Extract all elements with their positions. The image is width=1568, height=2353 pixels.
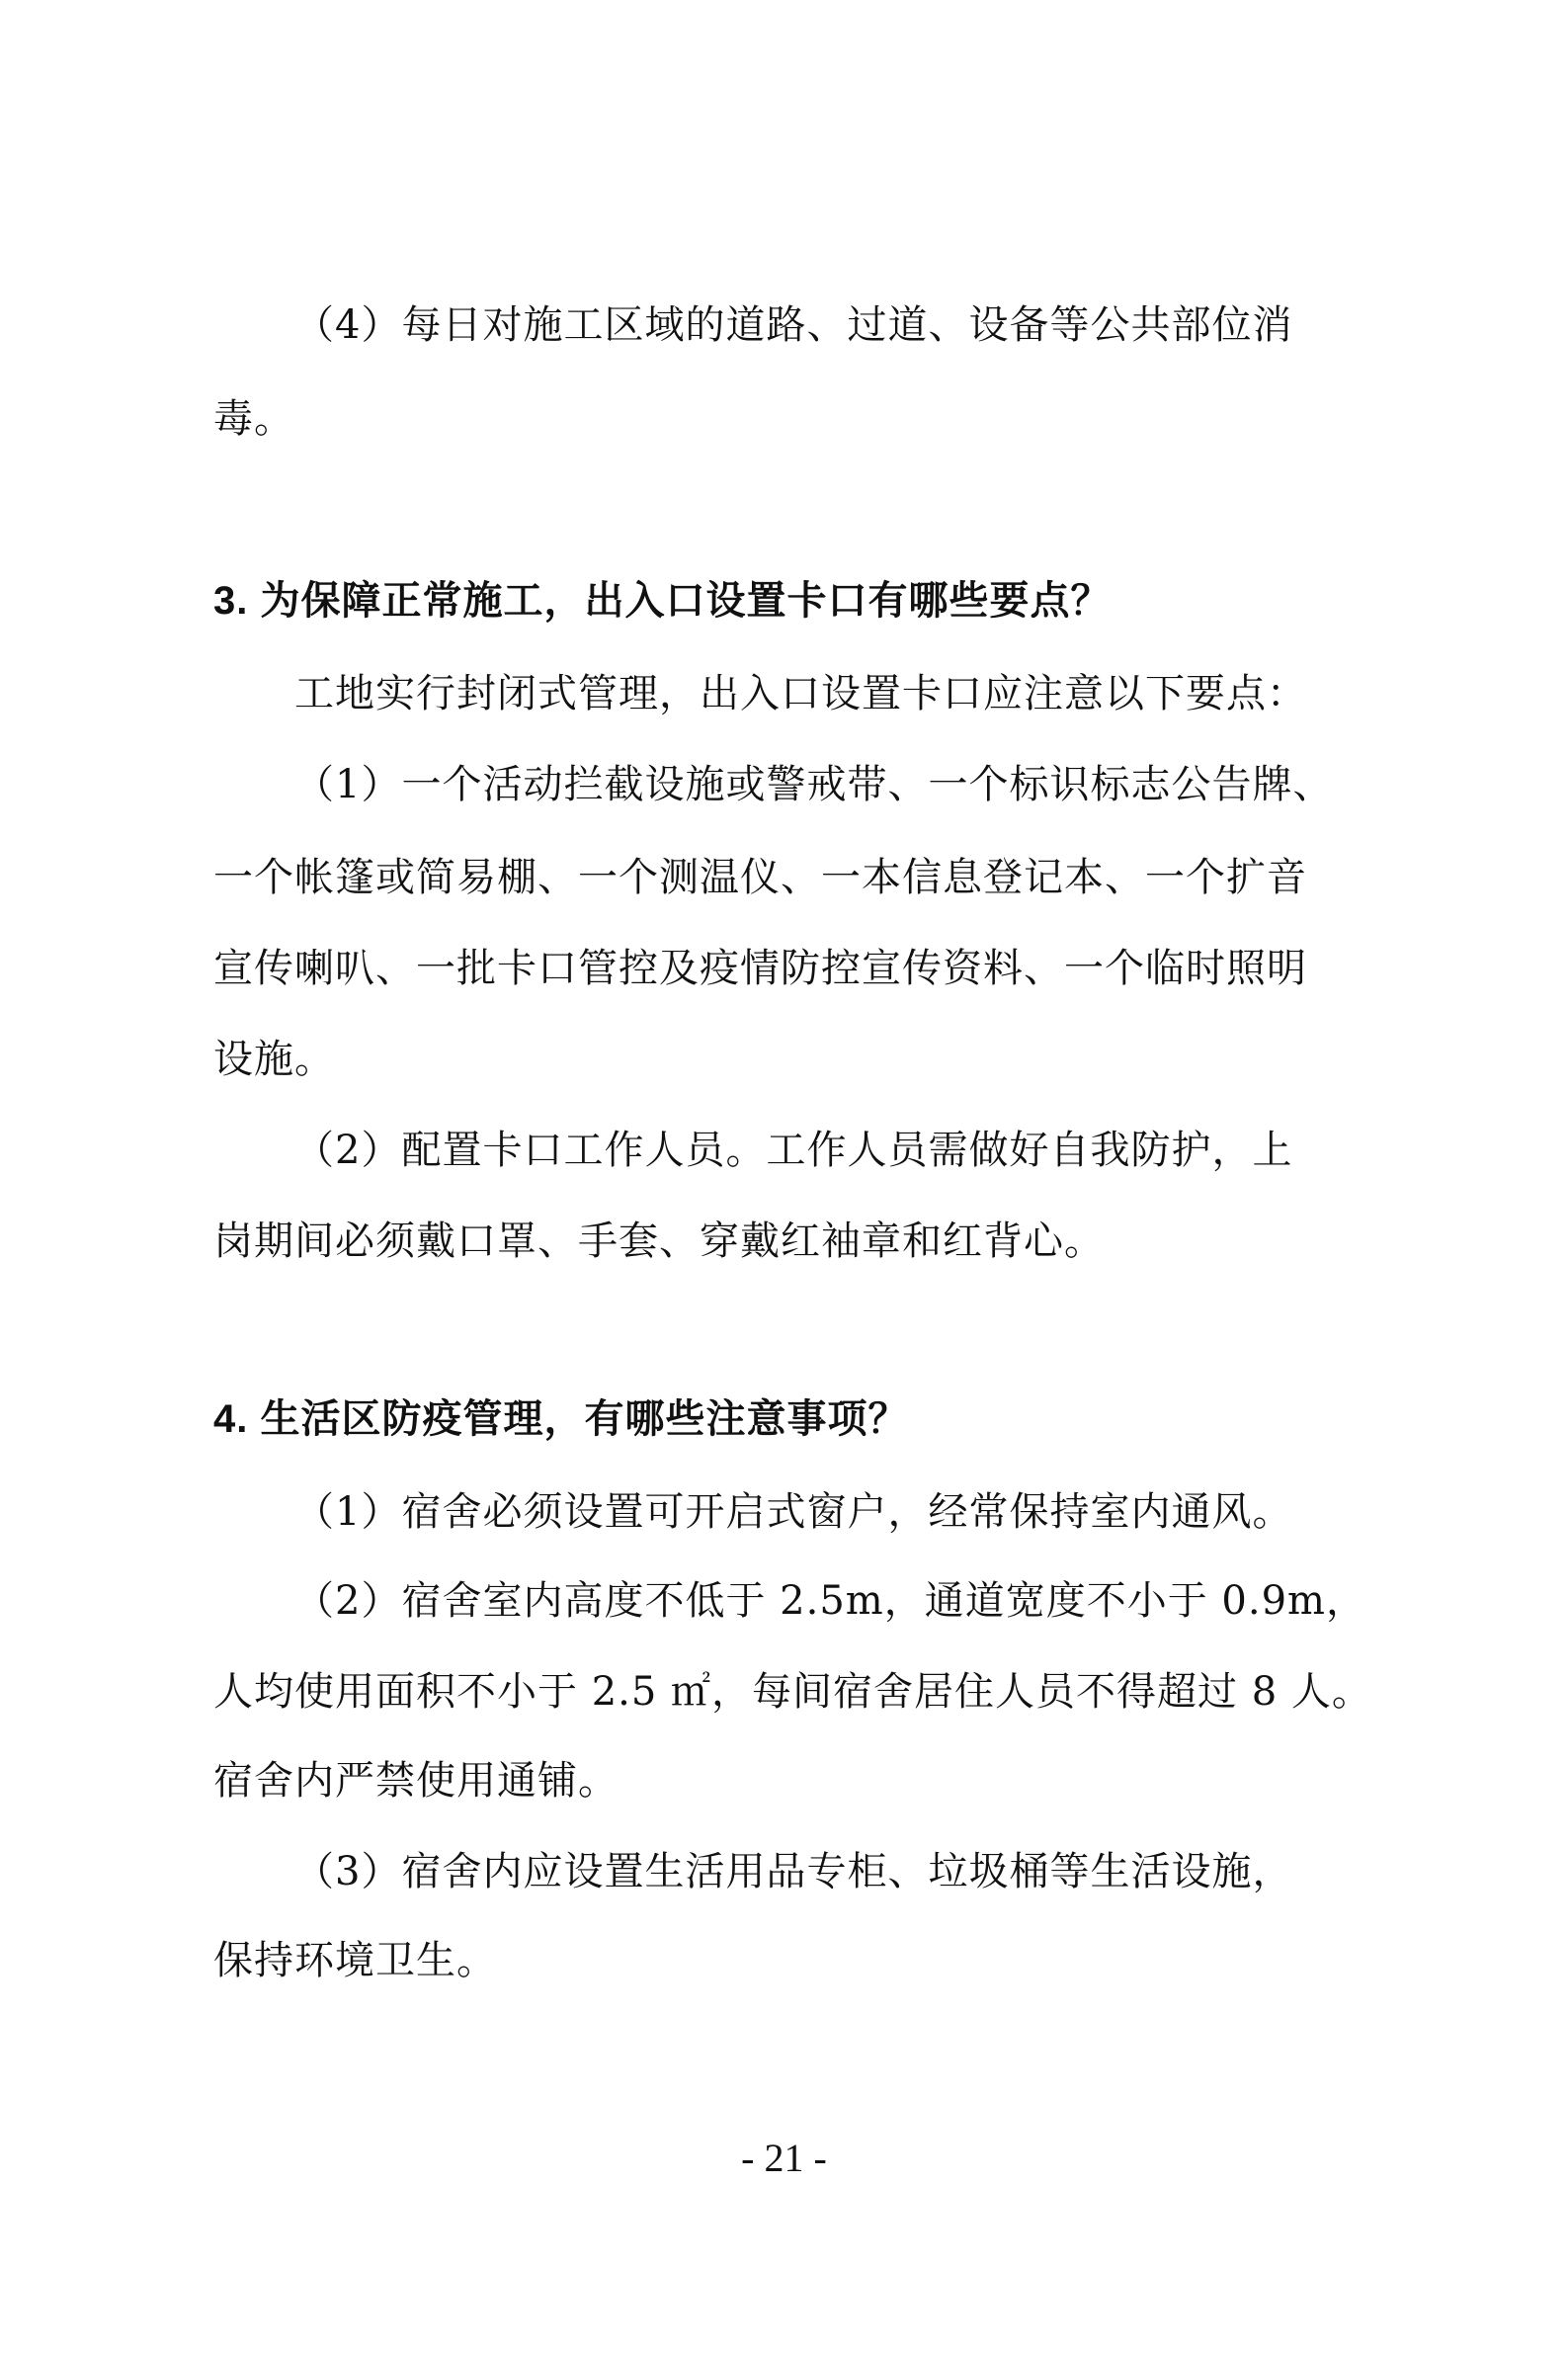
paragraph-line: （2）宿舍室内高度不低于 2.5m，通道宽度不小于 0.9m， [294, 1577, 1366, 1625]
paragraph-line: 岗期间必须戴口罩、手套、穿戴红袖章和红背心。 [213, 1218, 1105, 1265]
paragraph-line: 人均使用面积不小于 2.5 ㎡，每间宿舍居住人员不得超过 8 人。 [213, 1668, 1372, 1716]
page-number: - 21 - [0, 2135, 1568, 2182]
paragraph-line: （1）宿舍必须设置可开启式窗户，经常保持室内通风。 [294, 1488, 1292, 1536]
paragraph-line: 设施。 [213, 1036, 335, 1083]
section-heading-3: 3. 为保障正常施工，出入口设置卡口有哪些要点？ [213, 577, 1111, 625]
paragraph-line: （1）一个活动拦截设施或警戒带、一个标识标志公告牌、 [294, 761, 1333, 808]
paragraph-line: （3）宿舍内应设置生活用品专柜、垃圾桶等生活设施， [294, 1848, 1292, 1895]
paragraph-line: 毒。 [213, 395, 294, 443]
paragraph-line: 一个帐篷或简易棚、一个测温仪、一本信息登记本、一个扩音 [213, 854, 1307, 901]
paragraph-line: 保持环境卫生。 [213, 1937, 497, 1984]
section-heading-4: 4. 生活区防疫管理，有哪些注意事项？ [213, 1395, 908, 1443]
paragraph-line: 宿舍内严禁使用通铺。 [213, 1757, 619, 1805]
paragraph-line: （2）配置卡口工作人员。工作人员需做好自我防护，上 [294, 1127, 1292, 1174]
paragraph-line: 工地实行封闭式管理，出入口设置卡口应注意以下要点： [294, 670, 1307, 717]
paragraph-line: （4）每日对施工区域的道路、过道、设备等公共部位消 [294, 301, 1292, 349]
paragraph-line: 宣传喇叭、一批卡口管控及疫情防控宣传资料、一个临时照明 [213, 945, 1307, 992]
